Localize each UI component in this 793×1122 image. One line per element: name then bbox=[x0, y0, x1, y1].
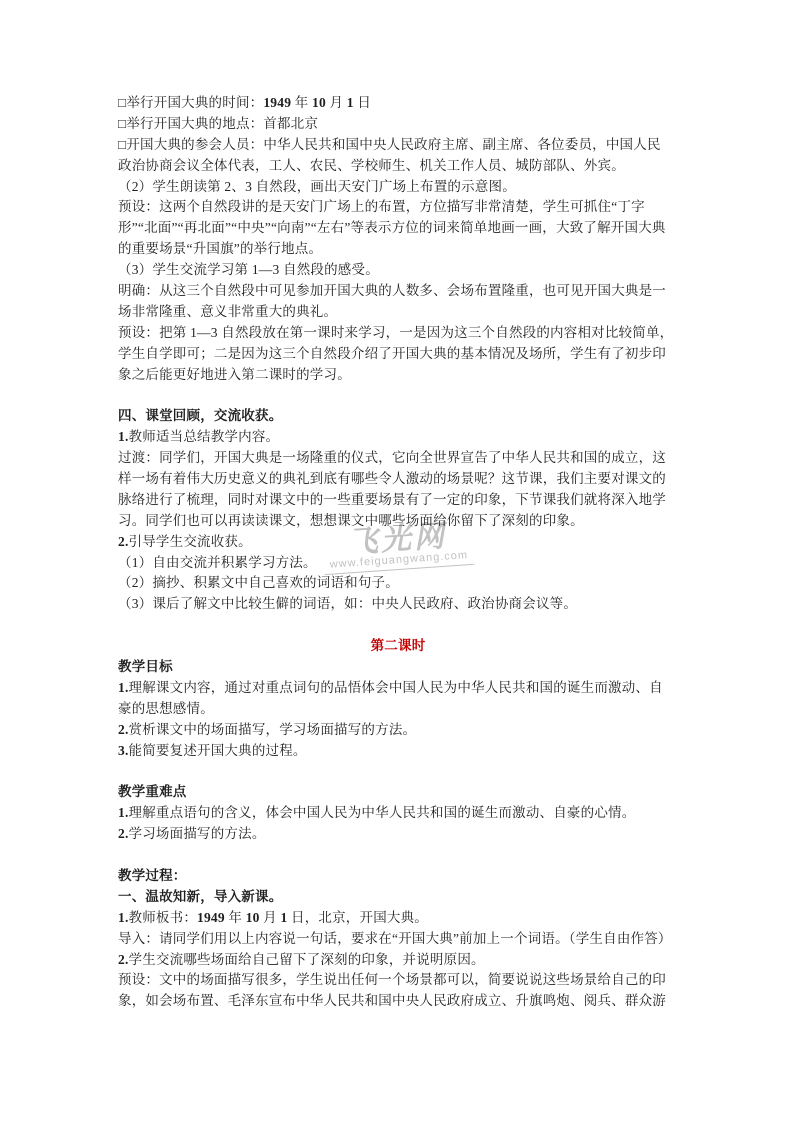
text-segment: 脉络进行了梳理，同时对课文中的一些重要场景有了一定的印象，下节课我们就将深入地学 bbox=[118, 492, 666, 507]
blank-line bbox=[118, 845, 678, 866]
text-segment: 教师适当总结教学内容。 bbox=[129, 429, 280, 444]
text-segment: 能简要复述开国大典的过程。 bbox=[129, 743, 307, 758]
text-line: 习。同学们也可以再读读课文，想想课文中哪些场面给你留下了深刻的印象。 bbox=[118, 511, 678, 532]
text-line: 2.学习场面描写的方法。 bbox=[118, 824, 678, 845]
text-line: （2）摘抄、积累文中自己喜欢的词语和句子。 bbox=[118, 573, 678, 594]
text-segment: 预设：这两个自然段讲的是天安门广场上的布置，方位描写非常清楚，学生可抓住“丁字 bbox=[118, 199, 645, 214]
text-segment: 学习场面描写的方法。 bbox=[129, 826, 266, 841]
text-segment: （2）学生朗读第 2、3 自然段，画出天安门广场上布置的示意图。 bbox=[118, 179, 516, 194]
text-segment: 明确：从这三个自然段中可见参加开国大典的人数多、会场布置隆重，也可见开国大典是一 bbox=[118, 283, 666, 298]
text-segment: 政治协商会议全体代表，工人、农民、学校师生、机关工作人员、城防部队、外宾。 bbox=[118, 158, 625, 173]
text-segment: 10 bbox=[246, 910, 260, 925]
text-segment: （3）课后了解文中比较生僻的词语，如：中央人民政府、政治协商会议等。 bbox=[118, 596, 577, 611]
text-line: □举行开国大典的时间：1949 年 10 月 1 日 bbox=[118, 93, 678, 114]
text-line: 学生自学即可；二是因为这三个自然段介绍了开国大典的基本情况及场所，学生有了初步印 bbox=[118, 344, 678, 365]
text-segment: 样一场有着伟大历史意义的典礼到底有哪些令人激动的场景呢？这节课，我们主要对课文的 bbox=[118, 471, 666, 486]
text-segment: 1. bbox=[118, 910, 129, 925]
text-line: 的重要场景“升国旗”的举行地点。 bbox=[118, 239, 678, 260]
text-line: 预设：文中的场面描写很多，学生说出任何一个场景都可以，简要说说这些场景给自己的印 bbox=[118, 970, 678, 991]
text-line: （2）学生朗读第 2、3 自然段，画出天安门广场上布置的示意图。 bbox=[118, 177, 678, 198]
text-segment: （3）学生交流学习第 1—3 自然段的感受。 bbox=[118, 262, 379, 277]
text-line: 过渡：同学们，开国大典是一场隆重的仪式，它向全世界宣告了中华人民共和国的成立，这 bbox=[118, 448, 678, 469]
text-segment: 2. bbox=[118, 952, 129, 967]
text-segment: 形”“北面”“再北面”“中央”“向南”“左右”等表示方位的词来简单地画一画，大致… bbox=[118, 220, 666, 235]
text-line: 脉络进行了梳理，同时对课文中的一些重要场景有了一定的印象，下节课我们就将深入地学 bbox=[118, 490, 678, 511]
text-segment: 1. bbox=[118, 429, 129, 444]
text-segment: 2. bbox=[118, 722, 129, 737]
text-line: 导入：请同学们用以上内容说一句话，要求在“开国大典”前加上一个词语。（学生自由作… bbox=[118, 929, 678, 950]
text-line: 预设：这两个自然段讲的是天安门广场上的布置，方位描写非常清楚，学生可抓住“丁字 bbox=[118, 197, 678, 218]
text-segment: 预设：把第 1—3 自然段放在第一课时来学习，一是因为这三个自然段的内容相对比较… bbox=[118, 325, 673, 340]
text-segment: 日 bbox=[354, 95, 371, 110]
blank-line bbox=[118, 385, 678, 406]
text-segment: 年 bbox=[225, 910, 246, 925]
document-content: □举行开国大典的时间：1949 年 10 月 1 日□举行开国大典的地点：首都北… bbox=[118, 93, 678, 1012]
heading-line: 教学重难点 bbox=[118, 782, 678, 803]
text-line: （3）课后了解文中比较生僻的词语，如：中央人民政府、政治协商会议等。 bbox=[118, 594, 678, 615]
text-segment: 1 bbox=[347, 95, 354, 110]
heading-line: 教学过程： bbox=[118, 866, 678, 887]
text-line: 政治协商会议全体代表，工人、农民、学校师生、机关工作人员、城防部队、外宾。 bbox=[118, 156, 678, 177]
text-segment: 象，如会场布置、毛泽东宣布中华人民共和国中央人民政府成立、升旗鸣炮、阅兵、群众游 bbox=[118, 993, 666, 1008]
text-segment: □举行开国大典的时间： bbox=[118, 95, 263, 110]
text-line: 1.理解课文内容，通过对重点词句的品悟体会中国人民为中华人民共和国的诞生而激动、… bbox=[118, 678, 678, 699]
text-line: 象，如会场布置、毛泽东宣布中华人民共和国中央人民政府成立、升旗鸣炮、阅兵、群众游 bbox=[118, 991, 678, 1012]
text-segment: 日，北京，开国大典。 bbox=[287, 910, 428, 925]
text-line: 形”“北面”“再北面”“中央”“向南”“左右”等表示方位的词来简单地画一画，大致… bbox=[118, 218, 678, 239]
document-page: 飞光网 www.feiguangwang.com □举行开国大典的时间：1949… bbox=[0, 0, 793, 1122]
section-heading: 第二课时 bbox=[118, 636, 678, 657]
text-segment: 教师板书： bbox=[129, 910, 198, 925]
text-segment: 教学过程： bbox=[118, 868, 187, 883]
text-segment: 过渡：同学们，开国大典是一场隆重的仪式，它向全世界宣告了中华人民共和国的成立，这 bbox=[118, 450, 666, 465]
text-segment: 预设：文中的场面描写很多，学生说出任何一个场景都可以，简要说说这些场景给自己的印 bbox=[118, 972, 666, 987]
text-line: 预设：把第 1—3 自然段放在第一课时来学习，一是因为这三个自然段的内容相对比较… bbox=[118, 323, 678, 344]
text-segment: 1949 bbox=[263, 95, 291, 110]
text-segment: （1）自由交流并积累学习方法。 bbox=[118, 555, 317, 570]
heading-line: 四、课堂回顾，交流收获。 bbox=[118, 406, 678, 427]
text-line: 明确：从这三个自然段中可见参加开国大典的人数多、会场布置隆重，也可见开国大典是一 bbox=[118, 281, 678, 302]
text-line: 3.能简要复述开国大典的过程。 bbox=[118, 741, 678, 762]
text-segment: 学生自学即可；二是因为这三个自然段介绍了开国大典的基本情况及场所，学生有了初步印 bbox=[118, 346, 666, 361]
text-segment: 2. bbox=[118, 826, 129, 841]
text-segment: 年 bbox=[291, 95, 312, 110]
text-segment: 2. bbox=[118, 534, 129, 549]
text-segment: 四、课堂回顾，交流收获。 bbox=[118, 408, 282, 423]
text-segment: 教学重难点 bbox=[118, 784, 187, 799]
text-segment: （2）摘抄、积累文中自己喜欢的词语和句子。 bbox=[118, 575, 399, 590]
text-line: 1.理解重点语句的含义，体会中国人民为中华人民共和国的诞生而激动、自豪的心情。 bbox=[118, 803, 678, 824]
blank-line bbox=[118, 762, 678, 783]
text-line: □举行开国大典的地点：首都北京 bbox=[118, 114, 678, 135]
text-segment: 第二课时 bbox=[371, 638, 426, 653]
text-line: 1.教师板书：1949 年 10 月 1 日，北京，开国大典。 bbox=[118, 908, 678, 929]
text-line: 2.学生交流哪些场面给自己留下了深刻的印象，并说明原因。 bbox=[118, 950, 678, 971]
text-segment: 引导学生交流收获。 bbox=[129, 534, 252, 549]
blank-line bbox=[118, 615, 678, 636]
text-line: 豪的思想感情。 bbox=[118, 699, 678, 720]
text-segment: 月 bbox=[326, 95, 347, 110]
text-segment: 豪的思想感情。 bbox=[118, 701, 214, 716]
text-line: 象之后能更好地进入第二课时的学习。 bbox=[118, 365, 678, 386]
text-line: 2.赏析课文中的场面描写，学习场面描写的方法。 bbox=[118, 720, 678, 741]
text-segment: 1. bbox=[118, 680, 129, 695]
text-segment: 赏析课文中的场面描写，学习场面描写的方法。 bbox=[129, 722, 417, 737]
text-segment: 一、温故知新，导入新课。 bbox=[118, 889, 282, 904]
text-line: 2.引导学生交流收获。 bbox=[118, 532, 678, 553]
text-segment: □举行开国大典的地点：首都北京 bbox=[118, 116, 318, 131]
text-line: 场非常隆重、意义非常重大的典礼。 bbox=[118, 302, 678, 323]
text-segment: 月 bbox=[260, 910, 281, 925]
text-line: □开国大典的参会人员：中华人民共和国中央人民政府主席、副主席、各位委员，中国人民 bbox=[118, 135, 678, 156]
text-segment: 1. bbox=[118, 805, 129, 820]
text-segment: 教学目标 bbox=[118, 659, 173, 674]
text-segment: 的重要场景“升国旗”的举行地点。 bbox=[118, 241, 322, 256]
text-segment: 场非常隆重、意义非常重大的典礼。 bbox=[118, 304, 337, 319]
text-segment: 理解重点语句的含义，体会中国人民为中华人民共和国的诞生而激动、自豪的心情。 bbox=[129, 805, 636, 820]
text-line: （3）学生交流学习第 1—3 自然段的感受。 bbox=[118, 260, 678, 281]
text-segment: 象之后能更好地进入第二课时的学习。 bbox=[118, 367, 351, 382]
text-segment: 理解课文内容，通过对重点词句的品悟体会中国人民为中华人民共和国的诞生而激动、自 bbox=[129, 680, 663, 695]
text-segment: 3. bbox=[118, 743, 129, 758]
text-segment: 导入：请同学们用以上内容说一句话，要求在“开国大典”前加上一个词语。（学生自由作… bbox=[118, 931, 672, 946]
heading-line: 一、温故知新，导入新课。 bbox=[118, 887, 678, 908]
text-line: 样一场有着伟大历史意义的典礼到底有哪些令人激动的场景呢？这节课，我们主要对课文的 bbox=[118, 469, 678, 490]
heading-line: 教学目标 bbox=[118, 657, 678, 678]
text-segment: 1949 bbox=[197, 910, 225, 925]
text-line: 1.教师适当总结教学内容。 bbox=[118, 427, 678, 448]
text-segment: □开国大典的参会人员：中华人民共和国中央人民政府主席、副主席、各位委员，中国人民 bbox=[118, 137, 661, 152]
text-segment: 习。同学们也可以再读读课文，想想课文中哪些场面给你留下了深刻的印象。 bbox=[118, 513, 584, 528]
text-segment: 学生交流哪些场面给自己留下了深刻的印象，并说明原因。 bbox=[129, 952, 485, 967]
text-line: （1）自由交流并积累学习方法。 bbox=[118, 553, 678, 574]
text-segment: 10 bbox=[312, 95, 326, 110]
